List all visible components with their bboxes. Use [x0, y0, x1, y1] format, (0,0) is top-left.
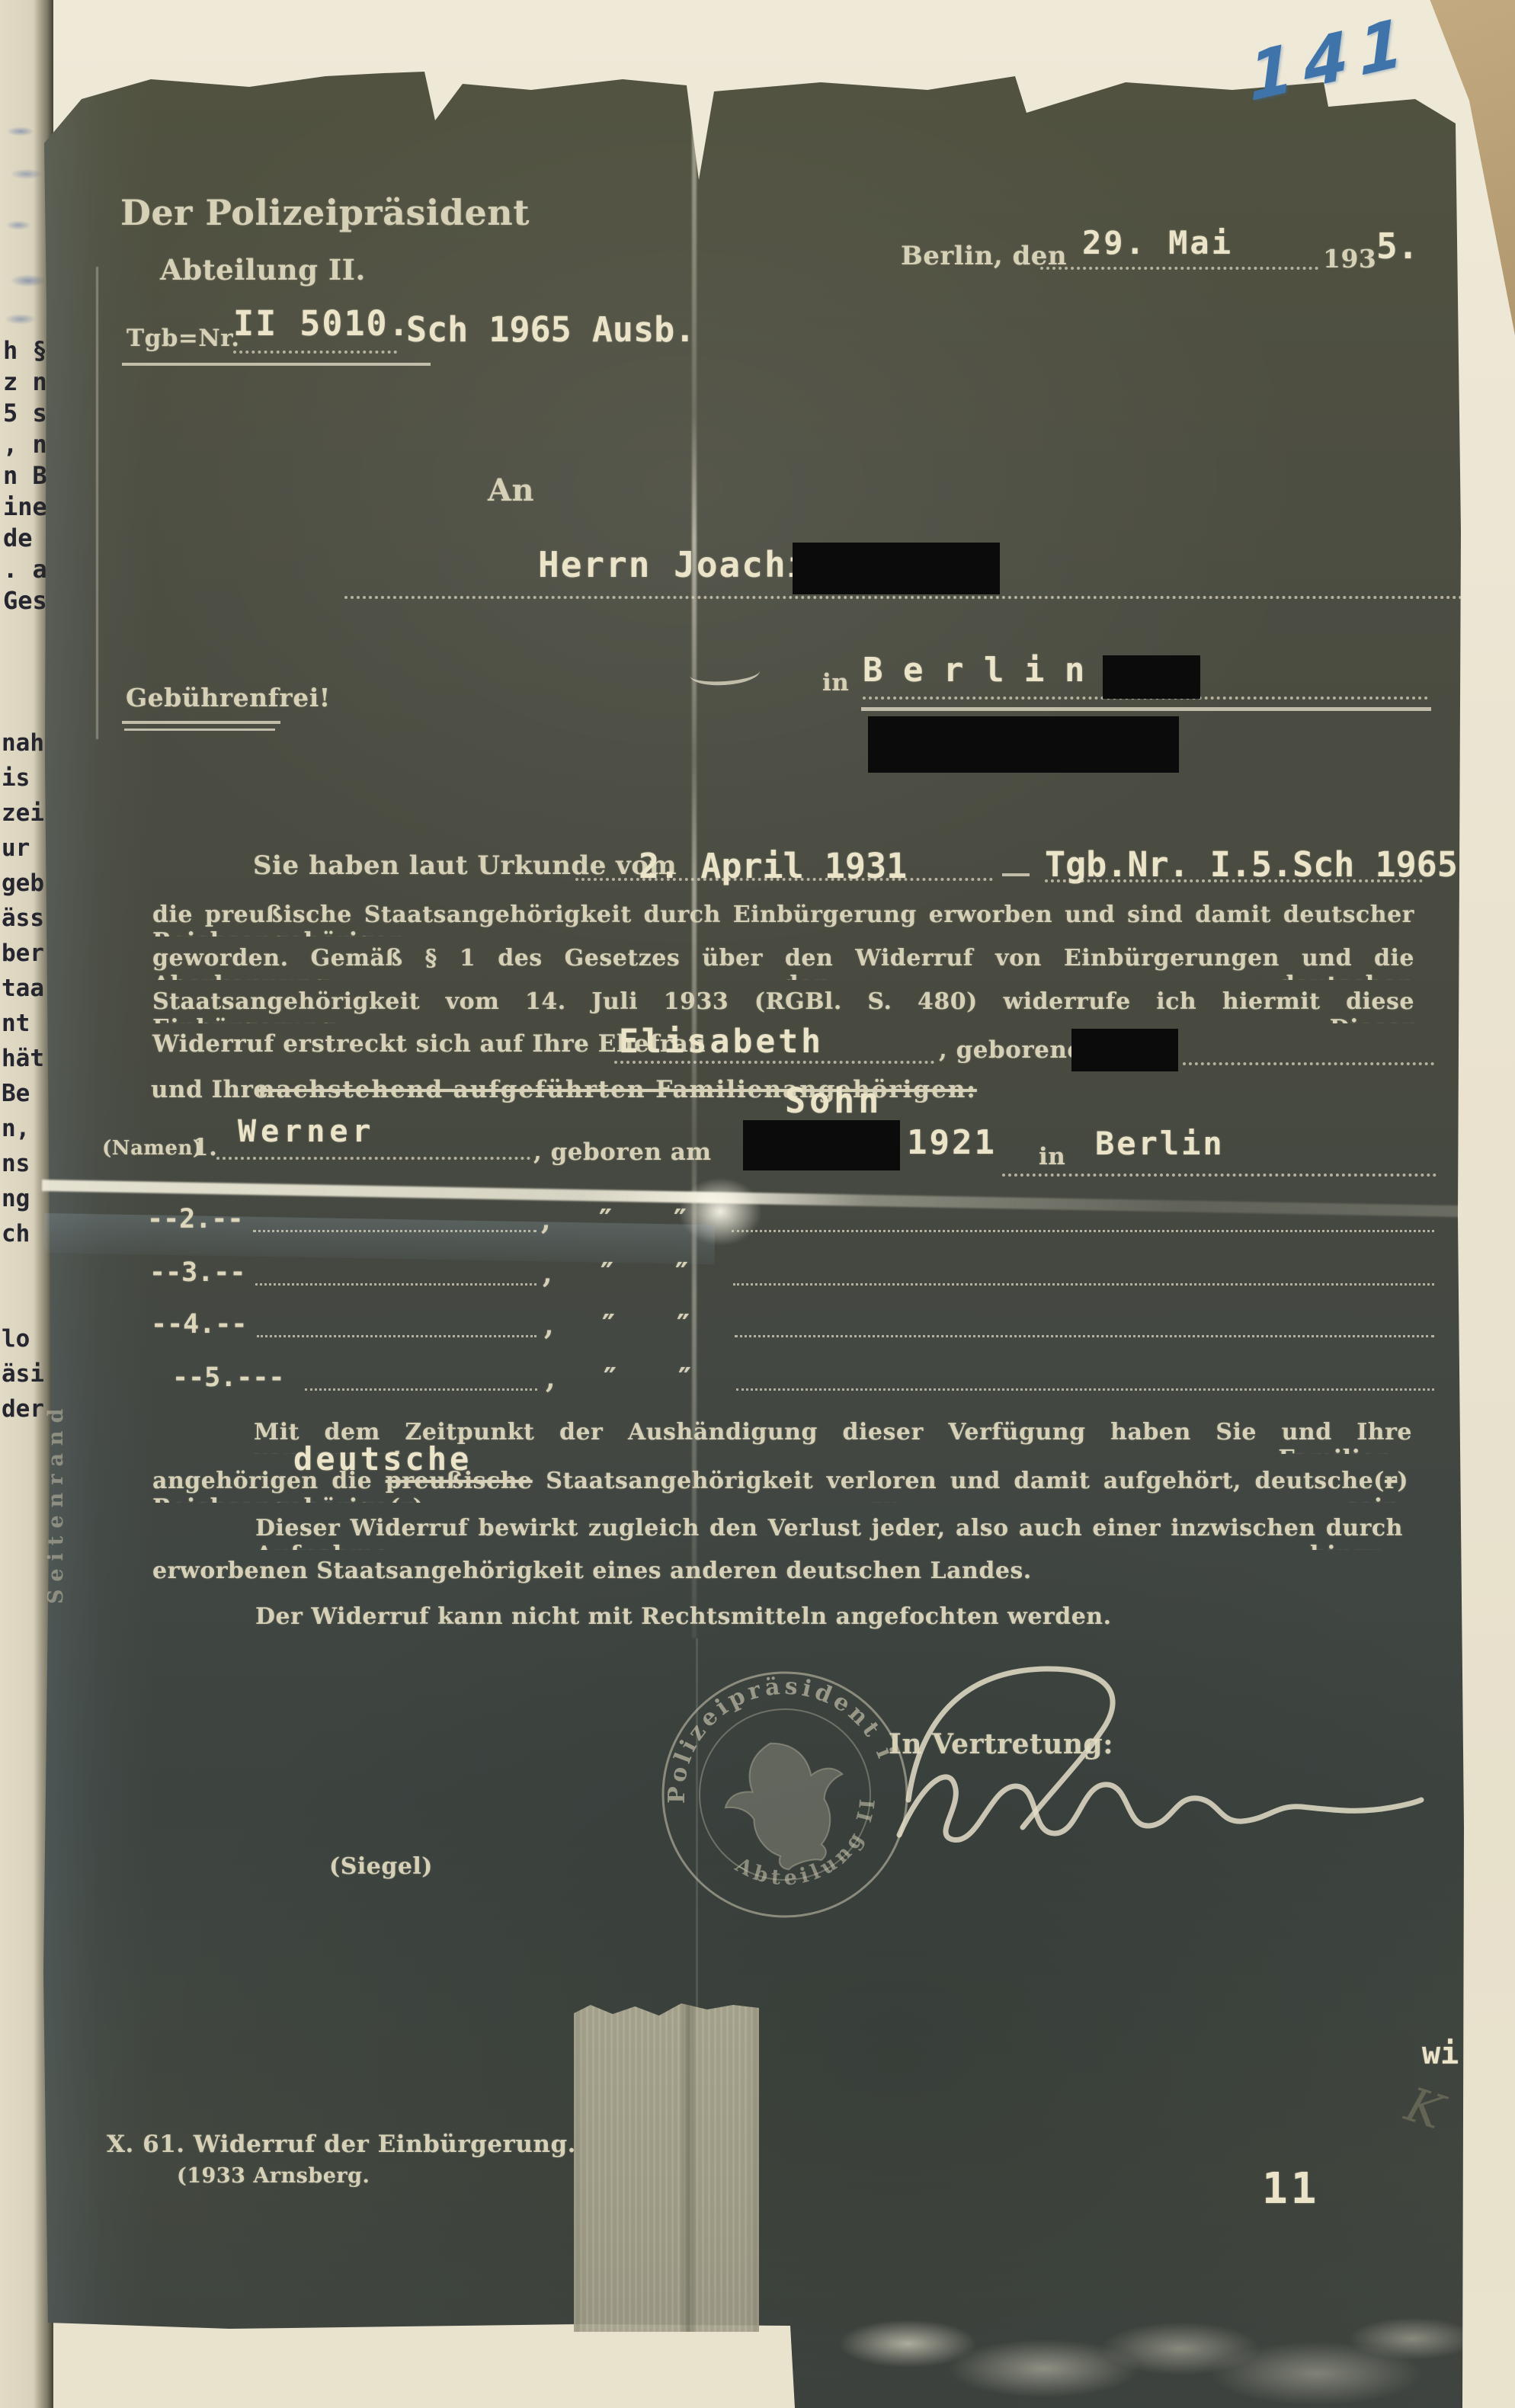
typed-journal-number: II 5010.	[233, 303, 411, 344]
para2-struck-r2: r	[400, 1494, 412, 1503]
left-margin-crease	[96, 267, 98, 739]
para1-line1: die preußische Staatsangehörigkeit durch…	[152, 901, 1414, 937]
birth-line-dots	[1002, 1174, 1437, 1177]
sender-department: Abteilung II.	[160, 253, 366, 287]
row-3-ditto-2: ″	[675, 1256, 688, 1290]
row-5-label: --5.---	[172, 1363, 285, 1393]
tape-repair	[574, 2001, 759, 2332]
typed-date: 29. Mai	[1082, 224, 1233, 261]
para2-struck-r1: r	[1385, 1468, 1397, 1494]
city-underline	[861, 707, 1431, 711]
salutation: An	[488, 472, 534, 508]
form-reference-line1: X. 61. Widerruf der Einbürgerung.	[107, 2131, 576, 2158]
typed-child-name: Werner	[238, 1114, 376, 1149]
para1-line2: geworden. Gemäß § 1 des Gesetzes über de…	[152, 945, 1414, 980]
row-3-ditto-1: ″	[601, 1256, 613, 1290]
row-4-comma: ,	[544, 1309, 554, 1341]
born-in-label: in	[1039, 1143, 1065, 1170]
typed-city: B e r l i n	[863, 651, 1084, 690]
fee-note-underline-2	[124, 728, 275, 731]
row-5-dots-a	[305, 1388, 537, 1391]
redaction-maiden-name	[1071, 1029, 1178, 1071]
row-4-ditto-2: ″	[677, 1308, 690, 1342]
form-reference-line2: (1933 Arnsberg.	[177, 2164, 370, 2188]
para3-line1: Dieser Widerruf bewirkt zugleich den Ver…	[255, 1515, 1403, 1550]
opening-sentence: Sie haben laut Urkunde vom	[253, 850, 677, 881]
fee-note: Gebührenfrei!	[126, 683, 331, 712]
row-4-ditto-1: ″	[602, 1308, 615, 1342]
redaction-address-1	[1103, 655, 1200, 699]
row-2-label: --2.--	[147, 1204, 243, 1234]
journal-number-label: Tgb=Nr.	[127, 325, 240, 352]
para2-line2-mid: Staatsangehörigkeit verloren und damit a…	[533, 1468, 1385, 1494]
row-3-label: --3.--	[149, 1257, 245, 1288]
row-2-ditto-1: ″	[599, 1202, 612, 1237]
torn-fibre-texture	[785, 2309, 1467, 2408]
row-5-dots-b	[736, 1388, 1434, 1391]
city-in-label: in	[822, 669, 849, 696]
typed-family-member: Sohn	[785, 1081, 882, 1121]
row-3-comma: ,	[543, 1257, 553, 1289]
journal-number-underline	[122, 363, 431, 366]
row-4-dots-a	[257, 1335, 536, 1337]
journal-number-dots	[233, 351, 397, 354]
sender-title: Der Polizeipräsident	[120, 192, 530, 233]
para2-line2-pre: angehörigen die	[152, 1468, 386, 1494]
row-5-ditto-1: ″	[604, 1361, 617, 1395]
family-prefix: und Ihre	[151, 1076, 269, 1103]
typed-recipient-name: Herrn Joachim	[538, 544, 832, 585]
row-2-dots-a	[253, 1230, 536, 1232]
dateline-dotted-rule	[1040, 267, 1318, 270]
wife-name-dots	[614, 1061, 934, 1064]
typed-birth-place: Berlin	[1095, 1125, 1225, 1162]
row-3-dots-a	[255, 1283, 536, 1286]
typed-journal-suffix: Sch 1965 Ausb.	[406, 309, 695, 350]
spine-vertical-text: Seitenrand	[44, 1193, 68, 1604]
row-4-dots-b	[735, 1335, 1434, 1337]
fee-note-underline-1	[122, 721, 280, 724]
cert-ref-dots	[1045, 879, 1423, 882]
typed-birth-year: 1921	[907, 1123, 997, 1162]
child-name-dots	[216, 1157, 530, 1160]
redaction-recipient-surname	[793, 543, 1000, 594]
born-label: , geboren am	[533, 1138, 712, 1166]
recipient-dotted-rule	[344, 596, 1463, 599]
namen-label: (Namen)	[102, 1137, 203, 1160]
edge-typed-note: wi	[1422, 2036, 1459, 2071]
cert-dash	[1002, 873, 1030, 876]
namen-index: 1.	[192, 1134, 217, 1161]
para2-line2: angehörigen die preußische Staatsangehör…	[152, 1468, 1408, 1503]
typed-wife-name: Elisabeth	[619, 1023, 824, 1061]
redaction-address-2	[868, 716, 1179, 773]
row-3-dots-b	[733, 1283, 1434, 1286]
dateline-year-printed: 193	[1323, 244, 1376, 274]
archival-scan: h § z n 5 s , n n B ine de . a Ges nah i…	[0, 0, 1515, 2408]
nee-dots	[1183, 1062, 1434, 1065]
row-5-ditto-2: ″	[678, 1361, 691, 1395]
typed-cert-date: 2. April 1931	[639, 846, 907, 886]
signature	[823, 1631, 1440, 1882]
redaction-birth-date	[743, 1120, 900, 1170]
stamped-page-number: 11	[1262, 2164, 1319, 2214]
para2-line2-end: ) zu sein.	[413, 1494, 1408, 1503]
siegel-label: (Siegel)	[329, 1853, 433, 1880]
para1-line3: Staatsangehörigkeit vom 14. Juli 1933 (R…	[152, 988, 1414, 1023]
row-4-label: --4.--	[151, 1309, 247, 1340]
typed-year-digit: 5.	[1376, 226, 1418, 267]
para2-struck-preussische: preußische	[386, 1468, 533, 1494]
archive-number-handwritten: 141	[1247, 2, 1415, 117]
row-2-ditto-2: ″	[674, 1202, 687, 1237]
para3-line2: erworbenen Staatsangehörigkeit eines and…	[152, 1558, 1032, 1584]
nee-label: , geborene	[939, 1036, 1083, 1064]
row-2-dots-b	[732, 1230, 1434, 1232]
row-2-comma: ,	[541, 1204, 551, 1236]
row-5-comma: ,	[546, 1363, 556, 1395]
para4-line: Der Widerruf kann nicht mit Rechtsmittel…	[255, 1603, 1112, 1630]
